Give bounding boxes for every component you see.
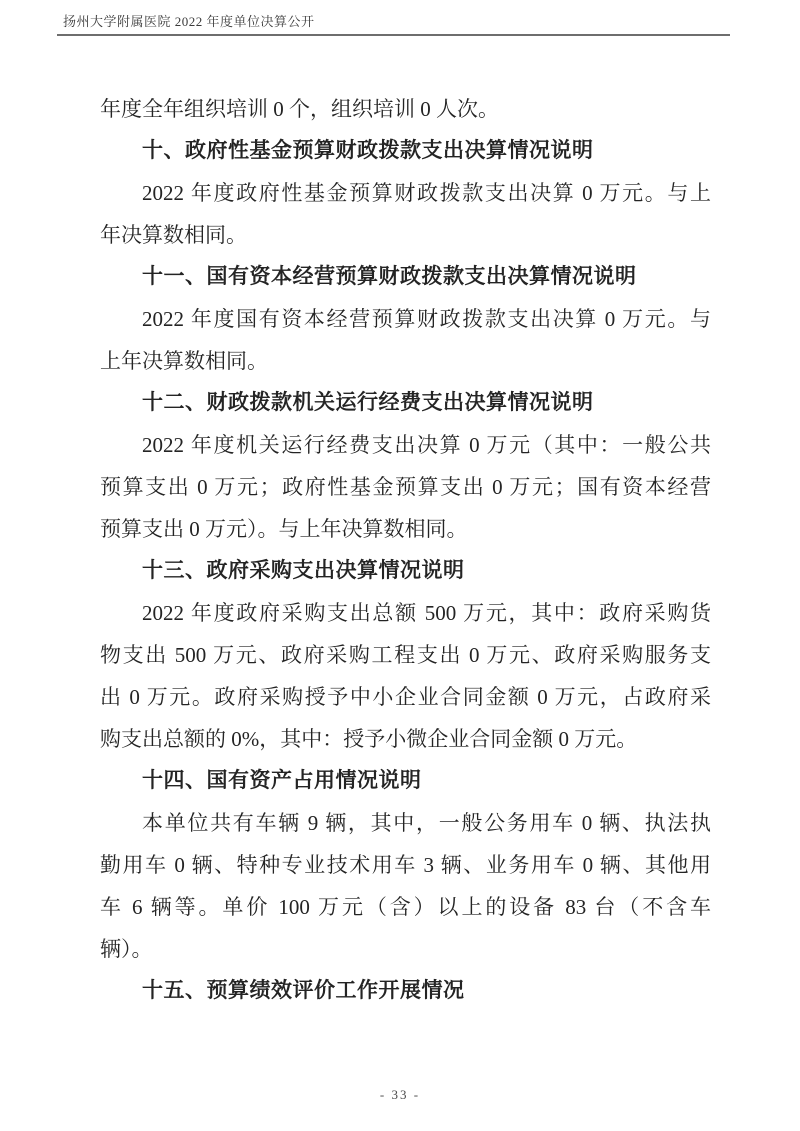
- section-heading: 十二、财政拨款机关运行经费支出决算情况说明: [100, 382, 711, 424]
- section-heading: 十三、政府采购支出决算情况说明: [100, 550, 711, 592]
- section-heading: 十五、预算绩效评价工作开展情况: [100, 970, 711, 1012]
- text-line: 2022 年度政府性基金预算财政拨款支出决算 0 万元。与上: [100, 172, 711, 214]
- text-line: 辆）。: [100, 928, 711, 970]
- page-number: - 33 -: [380, 1087, 420, 1102]
- text-line: 2022 年度政府采购支出总额 500 万元，其中：政府采购货: [100, 592, 711, 634]
- text-line: 2022 年度机关运行经费支出决算 0 万元（其中：一般公共: [100, 424, 711, 466]
- text-line: 年决算数相同。: [100, 214, 711, 256]
- text-line: 预算支出 0 万元）。与上年决算数相同。: [100, 508, 711, 550]
- text-line: 车 6 辆等。单价 100 万元（含）以上的设备 83 台（不含车: [100, 886, 711, 928]
- text-line: 上年决算数相同。: [100, 340, 711, 382]
- text-line: 本单位共有车辆 9 辆，其中，一般公务用车 0 辆、执法执: [100, 802, 711, 844]
- section-heading: 十、政府性基金预算财政拨款支出决算情况说明: [100, 130, 711, 172]
- section-heading: 十一、国有资本经营预算财政拨款支出决算情况说明: [100, 256, 711, 298]
- page-footer: - 33 -: [0, 1086, 800, 1104]
- text-line: 预算支出 0 万元；政府性基金预算支出 0 万元；国有资本经营: [100, 466, 711, 508]
- text-line: 出 0 万元。政府采购授予中小企业合同金额 0 万元，占政府采: [100, 676, 711, 718]
- header-rule: [57, 34, 730, 36]
- page-header: 扬州大学附属医院 2022 年度单位决算公开: [57, 12, 730, 36]
- text-line: 物支出 500 万元、政府采购工程支出 0 万元、政府采购服务支: [100, 634, 711, 676]
- document-page: 扬州大学附属医院 2022 年度单位决算公开 年度全年组织培训 0 个，组织培训…: [0, 0, 800, 1131]
- document-body: 年度全年组织培训 0 个，组织培训 0 人次。十、政府性基金预算财政拨款支出决算…: [100, 88, 711, 1012]
- text-line: 2022 年度国有资本经营预算财政拨款支出决算 0 万元。与: [100, 298, 711, 340]
- text-line: 年度全年组织培训 0 个，组织培训 0 人次。: [100, 88, 711, 130]
- text-line: 购支出总额的 0%，其中：授予小微企业合同金额 0 万元。: [100, 718, 711, 760]
- section-heading: 十四、国有资产占用情况说明: [100, 760, 711, 802]
- text-line: 勤用车 0 辆、特种专业技术用车 3 辆、业务用车 0 辆、其他用: [100, 844, 711, 886]
- header-title: 扬州大学附属医院 2022 年度单位决算公开: [57, 12, 730, 32]
